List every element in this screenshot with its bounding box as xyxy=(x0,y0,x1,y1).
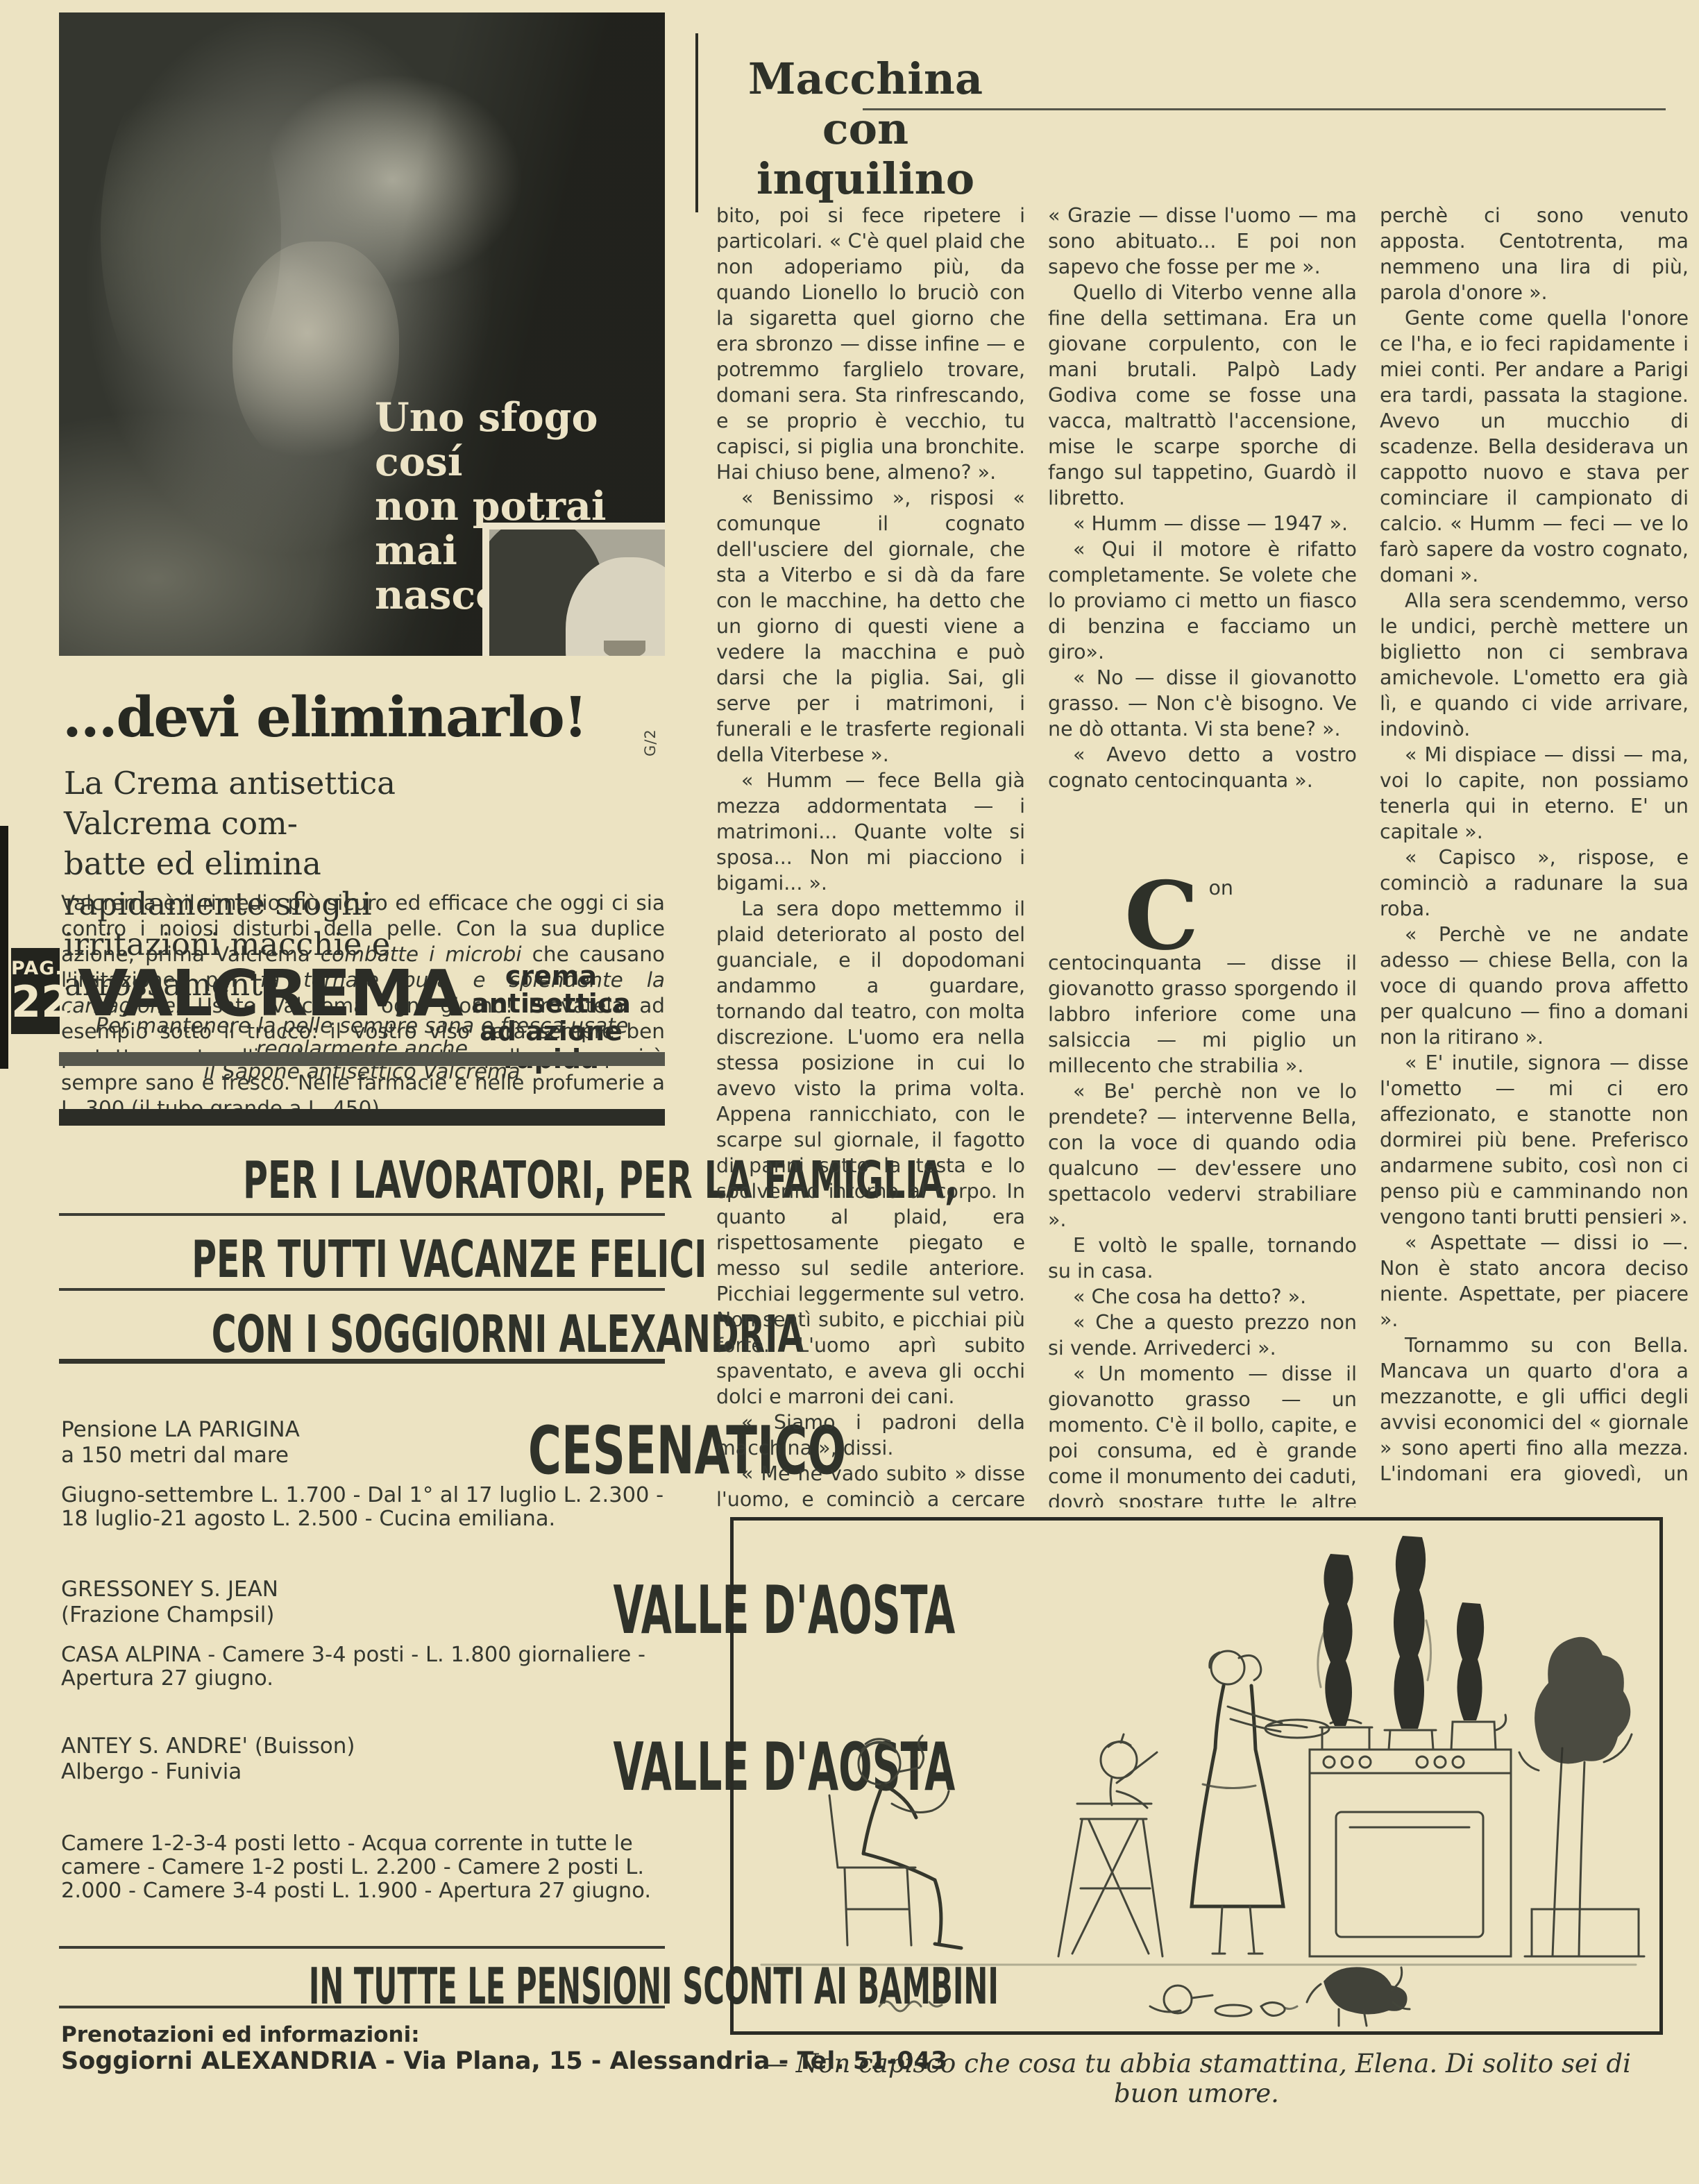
magazine-page: Uno sfogo cosí non potrai mai nasconderl… xyxy=(0,0,1699,2184)
story-paragraph: « Me ne vado subito » disse l'uomo, e co… xyxy=(716,1461,1025,1507)
listing-place: VALLE D'AOSTA xyxy=(385,1729,694,1806)
headline-rule-2 xyxy=(59,1288,665,1291)
page-number-badge: PAG. 22 xyxy=(11,948,60,1034)
inset-smile-shape xyxy=(604,641,645,656)
cartoon-drawing xyxy=(734,1521,1659,2031)
listing-details: Giugno-settembre L. 1.700 - Dal 1° al 17… xyxy=(61,1484,665,1531)
divider-rule-dark xyxy=(59,1109,665,1126)
story-paragraph: « Un momento — disse il giovanotto grass… xyxy=(1048,1361,1357,1507)
banner-rule-top xyxy=(59,1946,665,1949)
valcrema-ad-photo: Uno sfogo cosí non potrai mai nasconderl… xyxy=(59,12,665,656)
story-paragraph: E voltò le spalle, tornando su in casa. xyxy=(1048,1233,1357,1284)
story-dropcap-paragraph: Con centocinquanta — disse il giovanotto… xyxy=(1048,875,1357,1078)
story-title: Macchina con inquilino xyxy=(709,54,1022,204)
story-paragraph: Quello di Viterbo venne alla fine della … xyxy=(1048,280,1357,511)
alexandria-headline-3: CON I SOGGIORNI ALEXANDRIA xyxy=(59,1305,665,1364)
column-divider xyxy=(695,33,698,212)
listing-place: VALLE D'AOSTA xyxy=(385,1573,694,1649)
story-paragraph: « Mi dispiace — dissi — ma, voi lo capit… xyxy=(1380,742,1689,845)
title-rule xyxy=(863,108,1666,110)
divider-rule-gray xyxy=(59,1052,665,1066)
dropcap-letter: C xyxy=(1124,882,1199,950)
listing-hotel: GRESSONEY S. JEAN (Frazione Champsil) xyxy=(61,1577,380,1628)
listing-place: CESENATICO xyxy=(385,1413,694,1489)
page-number: 22 xyxy=(11,979,60,1025)
story-paragraph: La sera dopo mettemmo il plaid deteriora… xyxy=(716,896,1025,1410)
story-paragraph: Alla sera scendemmo, verso le undici, pe… xyxy=(1380,588,1689,742)
story-paragraph: perchè ci sono venuto apposta. Centotren… xyxy=(1380,203,1689,305)
listing-details: CASA ALPINA - Camere 3-4 posti - L. 1.80… xyxy=(61,1643,665,1691)
story-paragraph: « E' inutile, signora — disse l'ometto —… xyxy=(1380,1050,1689,1230)
listing-details: Camere 1-2-3-4 posti letto - Acqua corre… xyxy=(61,1832,665,1903)
story-paragraph: « Qui il motore è rifatto completamente.… xyxy=(1048,536,1357,665)
story-paragraph: bito, poi si fece ripetere i particolari… xyxy=(716,203,1025,485)
listing-hotel: ANTEY S. ANDRE' (Buisson) Albergo - Funi… xyxy=(61,1734,380,1785)
contact-label: Prenotazioni ed informazioni: xyxy=(61,2022,420,2047)
cartoon-illustration xyxy=(730,1517,1663,2035)
photo-credit: G/2 xyxy=(642,729,659,756)
story-column-2: « Grazie — disse l'uomo — ma sono abitua… xyxy=(1048,203,1357,1507)
story-paragraph: « Siamo i padroni della macchina », diss… xyxy=(716,1410,1025,1461)
headline-rule-3 xyxy=(59,1359,665,1364)
story-paragraph: « Che cosa ha detto? ». xyxy=(1048,1284,1357,1310)
banner-rule-bottom xyxy=(59,2006,665,2008)
story-paragraph: « Grazie — disse l'uomo — ma sono abitua… xyxy=(1048,203,1357,280)
story-paragraph: « No — disse il giovanotto grasso. — Non… xyxy=(1048,665,1357,742)
story-paragraph: « Benissimo », risposi « comunque il cog… xyxy=(716,485,1025,768)
story-paragraph: « Che a questo prezzo non si vende. Arri… xyxy=(1048,1310,1357,1361)
headline-rule-1 xyxy=(59,1213,665,1216)
story-paragraph: « Aspettate — dissi io —. Non è stato an… xyxy=(1380,1230,1689,1332)
cartoon-caption: — Non capisco che cosa tu abbia stamatti… xyxy=(730,2049,1663,2108)
story-paragraph: Gente come quella l'onore ce l'ha, e io … xyxy=(1380,305,1689,588)
story-paragraph: « Humm — fece Bella già mezza addormenta… xyxy=(716,768,1025,896)
story-paragraph: Tornammo su con Bella. Mancava un quarto… xyxy=(1380,1332,1689,1487)
story-column-1: bito, poi si fece ripetere i particolari… xyxy=(716,203,1025,1507)
alexandria-headline-1: PER I LAVORATORI, PER LA FAMIGLIA, xyxy=(59,1151,665,1210)
story-paragraph: « Capisco », rispose, e cominciò a radun… xyxy=(1380,845,1689,922)
ad-headline: ...devi eliminarlo! xyxy=(62,684,586,750)
ad-inset-photo xyxy=(482,523,665,656)
story-paragraph: « Avevo detto a vostro cognato centocinq… xyxy=(1048,742,1357,793)
photo-hand-shape xyxy=(233,242,399,471)
alexandria-headline-2: PER TUTTI VACANZE FELICI xyxy=(59,1230,665,1289)
story-paragraph: « Humm — disse — 1947 ». xyxy=(1048,511,1357,536)
valcrema-soap-note: Per mantenere la pelle sempre sana e fre… xyxy=(59,1015,665,1083)
story-paragraph: « Be' perchè non ve lo prendete? — inter… xyxy=(1048,1078,1357,1233)
listing-hotel: Pensione LA PARIGINA a 150 metri dal mar… xyxy=(61,1417,380,1468)
page-edge-strip xyxy=(0,826,8,1069)
story-column-3: perchè ci sono venuto apposta. Centotren… xyxy=(1380,203,1689,1487)
story-paragraph: « Perchè ve ne andate adesso — chiese Be… xyxy=(1380,922,1689,1050)
section-gap xyxy=(1048,793,1357,875)
